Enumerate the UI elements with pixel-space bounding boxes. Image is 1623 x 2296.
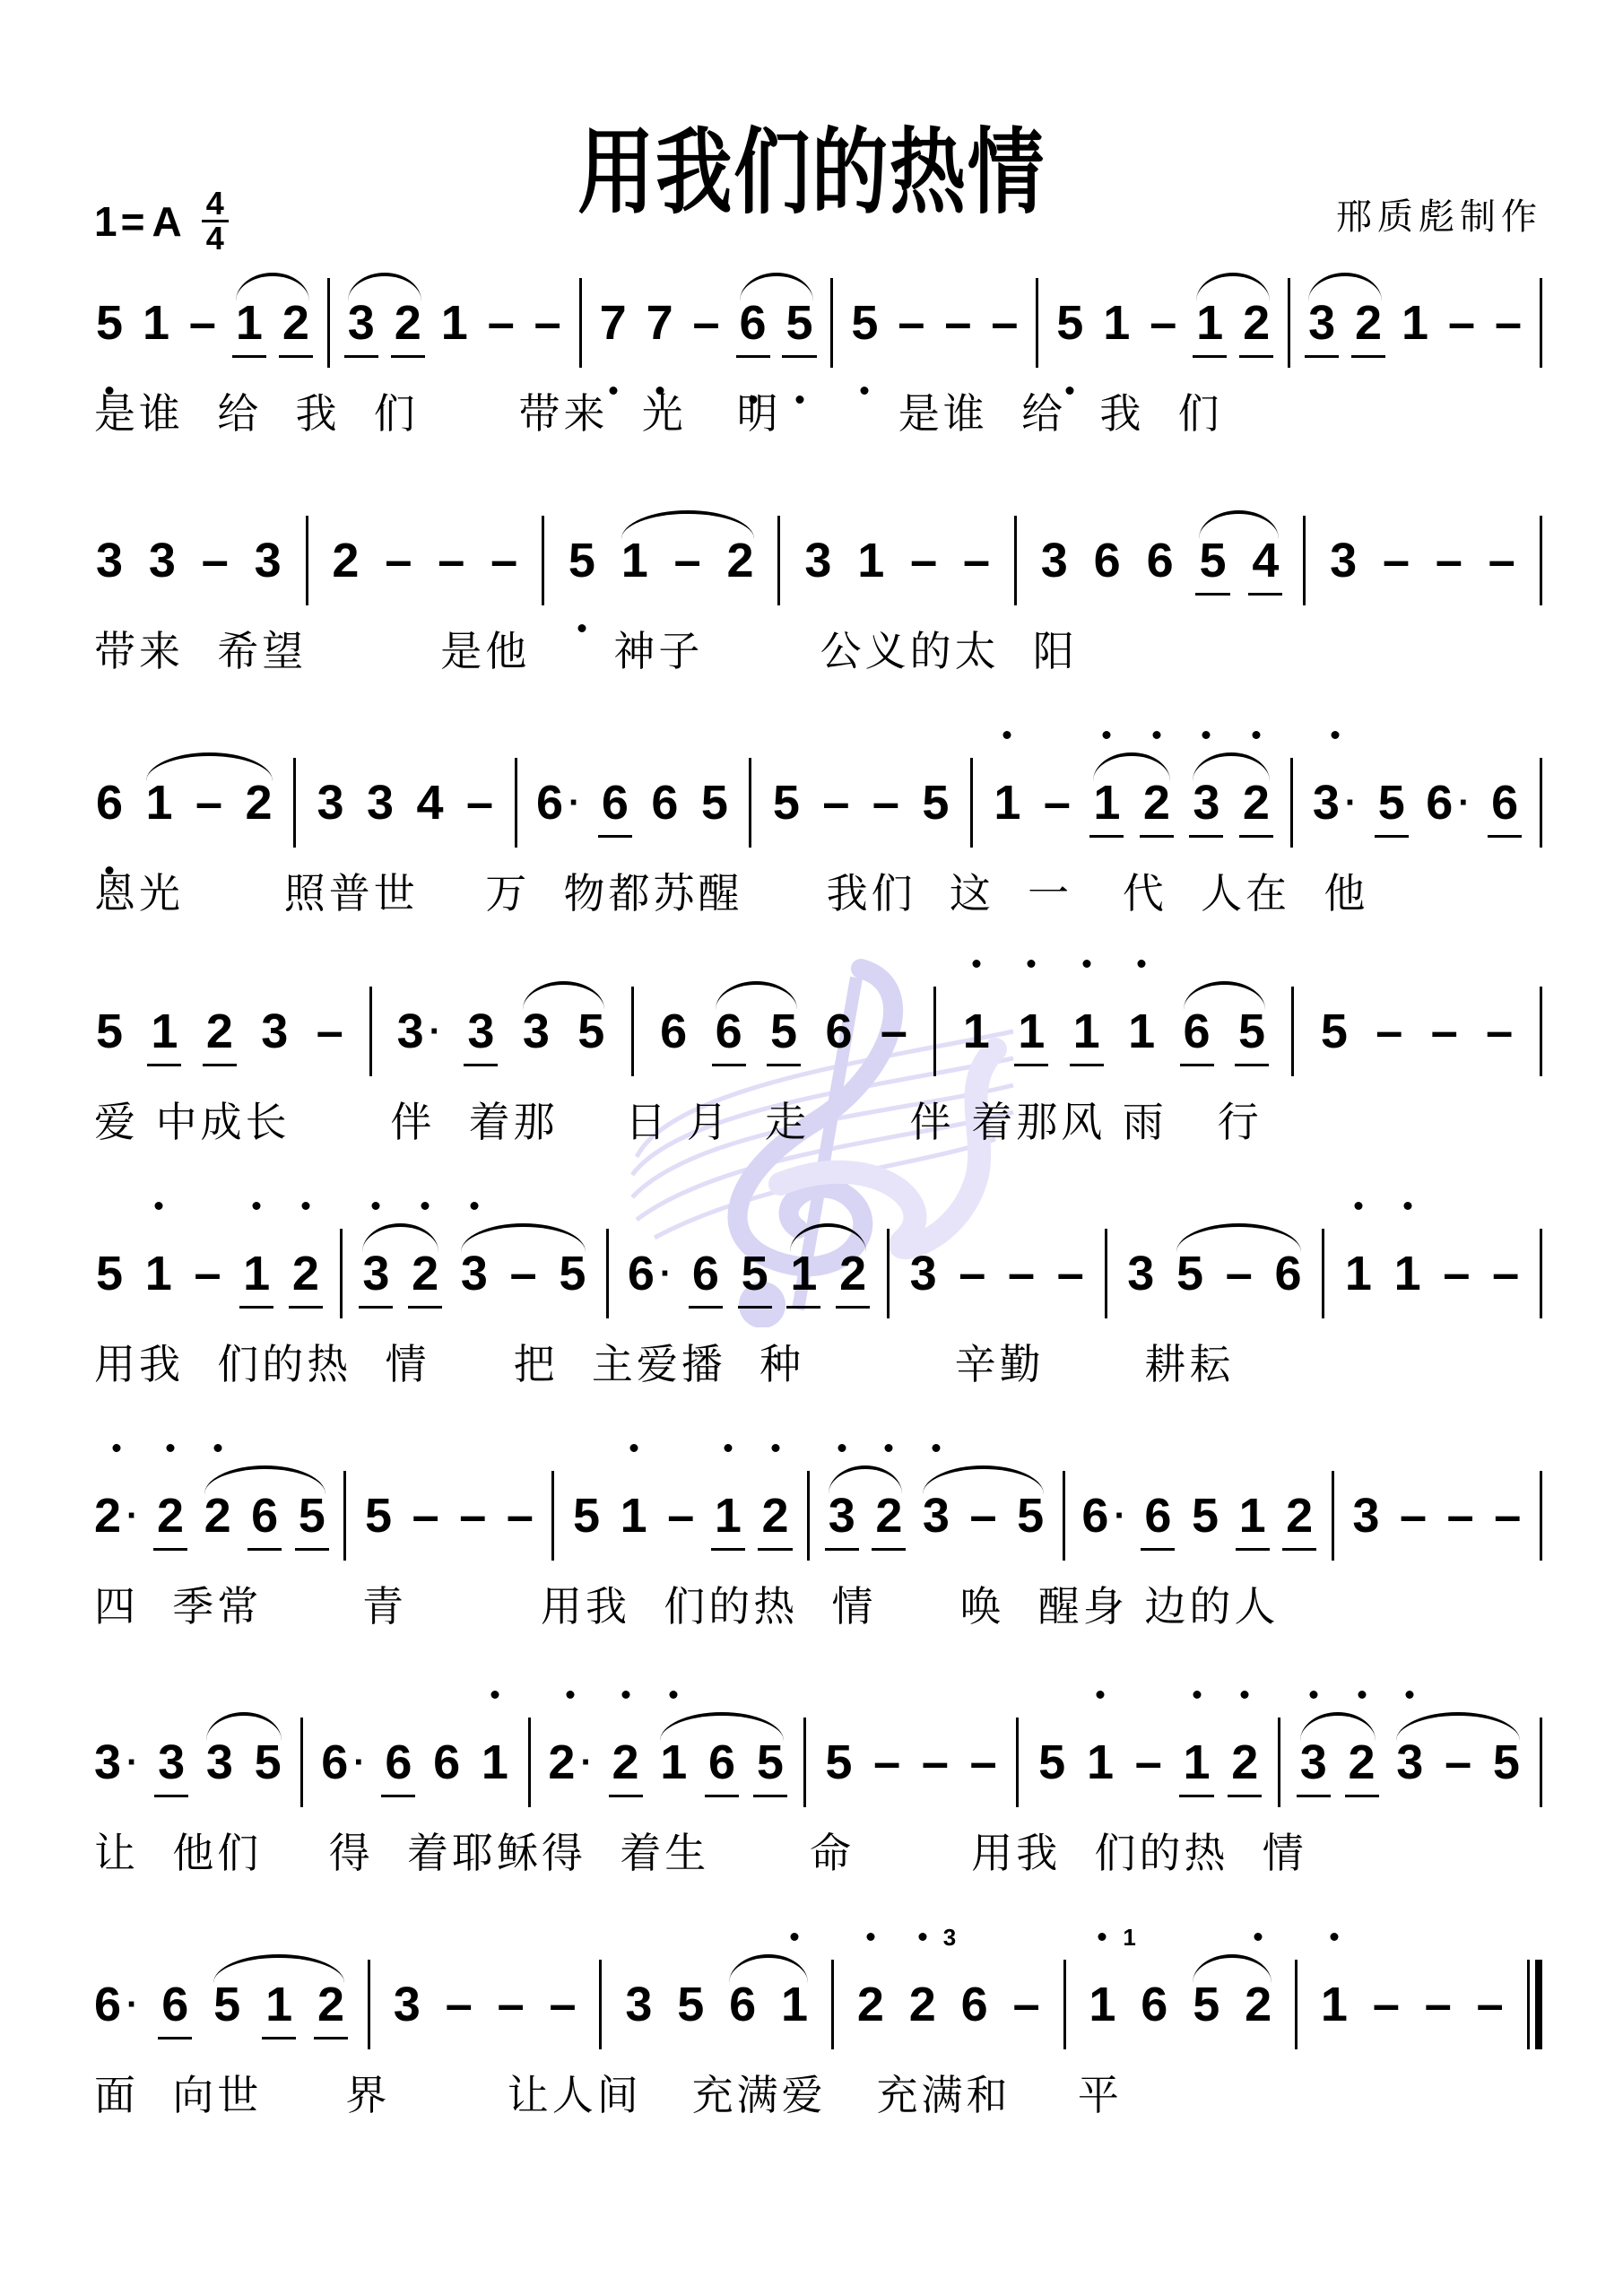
note: 1 — [241, 1220, 272, 1327]
note: 6 — [431, 1709, 462, 1816]
barline — [1540, 987, 1542, 1076]
barline — [542, 516, 544, 605]
note: 3 — [1125, 1220, 1156, 1327]
barline — [807, 1471, 810, 1561]
barline — [327, 278, 330, 368]
barline — [1332, 1471, 1334, 1561]
sustain-dash: – — [942, 295, 973, 351]
high-octave-dot — [1028, 960, 1036, 968]
high-octave-dot — [1406, 1691, 1414, 1699]
author-credit: 邢质彪制作 — [1336, 188, 1542, 239]
barline — [631, 987, 634, 1076]
sustain-dash: – — [1055, 1246, 1086, 1301]
sustain-dash: – — [489, 533, 519, 588]
barline — [293, 758, 296, 848]
note: 5 — [920, 749, 950, 857]
note: 2 — [760, 1462, 791, 1570]
barline — [1295, 1960, 1298, 2049]
barline — [551, 1471, 554, 1561]
high-octave-dot — [1309, 1691, 1317, 1699]
high-octave-dot — [1098, 1933, 1107, 1941]
note: 2 — [855, 1951, 886, 2058]
sustain-dash: – — [533, 295, 563, 351]
high-octave-dot — [213, 1444, 221, 1452]
sustain-dash: – — [200, 533, 230, 588]
note: 3 — [147, 507, 178, 614]
score-line: 51–12323–56·65123–––35–611––用我 们的热 情 把 主… — [94, 1220, 1542, 1399]
barline — [1291, 987, 1294, 1076]
note: 5 — [1055, 269, 1085, 377]
barline — [579, 278, 582, 368]
note: 7 — [645, 269, 675, 377]
note: 1 — [1016, 978, 1046, 1085]
note: 2 — [1229, 1709, 1260, 1816]
grace-note: 3 — [943, 1924, 956, 1952]
key-signature: 1 = A 4 4 — [94, 188, 229, 254]
note: 5 — [94, 269, 125, 377]
augmentation-dot: · — [430, 1012, 441, 1052]
sustain-dash: – — [691, 295, 722, 351]
sustain-dash: – — [1042, 775, 1072, 831]
sustain-dash: – — [1011, 1977, 1042, 2032]
barline — [887, 1229, 890, 1318]
note: 5 — [771, 749, 802, 857]
note: 2 — [204, 978, 235, 1085]
sustain-dash: – — [820, 775, 851, 831]
barline — [528, 1718, 531, 1807]
barline — [749, 758, 751, 848]
note: 6 — [658, 978, 689, 1085]
note: 3 — [1039, 507, 1070, 614]
notes-row: 33–32–––51–231––366543––– — [94, 507, 1542, 614]
barline — [606, 1229, 609, 1318]
barline — [1063, 1471, 1065, 1561]
note: 2 — [1284, 1462, 1315, 1570]
barline — [368, 1960, 370, 2049]
sustain-dash: – — [1446, 295, 1477, 351]
time-signature: 4 4 — [202, 188, 229, 254]
augmentation-dot: · — [568, 783, 580, 823]
barline — [300, 1718, 303, 1807]
high-octave-dot — [1152, 731, 1160, 739]
note: 1 — [1126, 978, 1157, 1085]
barline — [1322, 1229, 1324, 1318]
sustain-dash: – — [444, 1977, 474, 2032]
barline — [1278, 1718, 1280, 1807]
high-octave-dot — [1103, 731, 1111, 739]
barline — [1540, 758, 1542, 848]
high-octave-dot — [421, 1202, 430, 1210]
barline — [830, 278, 833, 368]
high-octave-dot — [670, 1691, 678, 1699]
note: 5 — [1037, 1709, 1067, 1816]
augmentation-dot: · — [126, 1985, 138, 2025]
sustain-dash: – — [1441, 1246, 1471, 1301]
sustain-dash: – — [411, 1488, 441, 1544]
note: 1 — [1182, 1709, 1212, 1816]
sustain-dash: – — [315, 1004, 345, 1059]
sustain-dash: – — [1006, 1246, 1037, 1301]
lyrics-row: 四 季常 青 用我 们的热 情 唤 醒身 边的人 — [94, 1574, 1542, 1628]
note: 2 — [291, 1220, 321, 1327]
high-octave-dot — [490, 1691, 499, 1699]
note: 6· — [1081, 1462, 1125, 1570]
high-octave-dot — [154, 1202, 162, 1210]
sustain-dash: – — [486, 295, 516, 351]
high-octave-dot — [1082, 960, 1090, 968]
note: 1 — [480, 1709, 510, 1816]
notes-row: 5123–3·3356656–1111655––– — [94, 978, 1542, 1085]
note: 1 — [439, 269, 470, 377]
note: 1 — [1343, 1220, 1374, 1327]
augmentation-dot: · — [580, 1743, 592, 1783]
sustain-dash: – — [920, 1735, 950, 1790]
sustain-dash: – — [896, 295, 926, 351]
final-barline — [1527, 1960, 1542, 2049]
high-octave-dot — [1358, 1691, 1366, 1699]
note: 2 — [611, 1709, 641, 1816]
barline — [1540, 516, 1542, 605]
high-octave-dot — [932, 1444, 940, 1452]
note: 6 — [1142, 1462, 1173, 1570]
note: 3 — [259, 978, 290, 1085]
sustain-dash: – — [383, 533, 413, 588]
barline — [1014, 516, 1017, 605]
note: 3· — [397, 978, 441, 1085]
lyrics-row: 面 向世 界 让人间 充满爱 充满和 平 — [94, 2063, 1542, 2117]
note: 1 — [855, 507, 886, 614]
barline — [970, 758, 973, 848]
key-tonic: 1 — [94, 197, 117, 246]
barline — [369, 987, 372, 1076]
note: 6 — [94, 749, 125, 857]
note: 1 — [713, 1462, 743, 1570]
high-octave-dot — [301, 1202, 309, 1210]
score-line: 61–2334–6·6655––51–12323·56·6恩光 照普世 万 物都… — [94, 749, 1542, 928]
sustain-dash: – — [908, 533, 939, 588]
note: 1 — [1237, 1462, 1268, 1570]
barline — [306, 516, 308, 605]
high-octave-dot — [1193, 1691, 1201, 1699]
note: 3 — [1350, 1462, 1381, 1570]
barline — [340, 1229, 343, 1318]
high-octave-dot — [1003, 731, 1011, 739]
note: 6 — [1092, 507, 1123, 614]
high-octave-dot — [1403, 1202, 1411, 1210]
note: 1 — [1087, 1951, 1117, 2058]
key-name: A — [152, 197, 181, 246]
lyrics-row: 爱 中成长 伴 着那 日 月 走 伴 着那风 雨 行 — [94, 1090, 1542, 1144]
sustain-dash: – — [1371, 1977, 1402, 2032]
sustain-dash: – — [961, 533, 992, 588]
note: 1 — [143, 1220, 174, 1327]
augmentation-dot: · — [353, 1743, 365, 1783]
note: 3 — [623, 1951, 654, 2058]
high-octave-dot — [791, 1933, 799, 1941]
sustain-dash: – — [872, 1735, 902, 1790]
sustain-dash: – — [1423, 1977, 1454, 2032]
note: 1 — [141, 269, 171, 377]
note: 61 — [1139, 1951, 1169, 2058]
note: 6· — [536, 749, 580, 857]
sustain-dash: – — [192, 1246, 222, 1301]
score-line: 6·65123–––35612263–161521–––面 向世 界 让人间 充… — [94, 1951, 1542, 2130]
high-octave-dot — [1254, 1933, 1263, 1941]
augmentation-dot: · — [660, 1254, 672, 1294]
note: 1 — [1072, 978, 1102, 1085]
lyrics-row: 带来 希望 是他 神子 公义的太 阳 — [94, 619, 1542, 673]
high-octave-dot — [166, 1444, 174, 1452]
sustain-dash: – — [968, 1488, 999, 1544]
note: 5 — [567, 507, 597, 614]
sustain-dash: – — [1493, 295, 1523, 351]
sustain-dash: – — [1492, 1488, 1523, 1544]
high-octave-dot — [885, 1444, 893, 1452]
augmentation-dot: · — [1458, 783, 1470, 823]
high-octave-dot — [621, 1691, 629, 1699]
note: 7 — [598, 269, 629, 377]
note: 5 — [675, 1951, 706, 2058]
sustain-dash: – — [1445, 1488, 1476, 1544]
note: 3 — [316, 749, 346, 857]
lyrics-row: 用我 们的热 情 把 主爱播 种 辛勤 耕耘 — [94, 1332, 1542, 1386]
sustain-dash: – — [187, 295, 218, 351]
note: 6 — [1489, 749, 1520, 857]
note: 5 — [823, 1709, 854, 1816]
note: 2 — [907, 1951, 938, 2058]
high-octave-dot — [1252, 731, 1260, 739]
sustain-dash: – — [194, 775, 224, 831]
note: 5 — [571, 1462, 602, 1570]
high-octave-dot — [838, 1444, 846, 1452]
note: 4 — [415, 749, 446, 857]
note: 1 — [961, 978, 992, 1085]
note: 5 — [740, 1220, 770, 1327]
barline — [599, 1960, 602, 2049]
barline — [515, 758, 517, 848]
sustain-dash: – — [968, 1735, 999, 1790]
note: 1 — [149, 978, 179, 1085]
note: 5 — [94, 1220, 125, 1327]
grace-note: 1 — [1123, 1924, 1135, 1952]
barline — [803, 1718, 806, 1807]
high-octave-dot — [972, 960, 980, 968]
note: 3 — [465, 978, 496, 1085]
note: 6 — [383, 1709, 413, 1816]
sustain-dash: – — [436, 533, 466, 588]
sustain-dash: – — [1484, 1004, 1515, 1059]
barline — [831, 1960, 834, 2049]
sustain-dash: – — [505, 1488, 535, 1544]
note: 6 — [649, 749, 680, 857]
barline — [343, 1471, 346, 1561]
note: 2 — [155, 1462, 186, 1570]
high-octave-dot — [1096, 1691, 1104, 1699]
sustain-dash: – — [1398, 1488, 1428, 1544]
score-line: 2·22655–––51–12323–56·65123–––四 季常 青 用我 … — [94, 1462, 1542, 1641]
high-octave-dot — [1330, 1933, 1338, 1941]
barline — [1540, 1471, 1542, 1561]
high-octave-dot — [470, 1202, 478, 1210]
sustain-dash: – — [1429, 1004, 1460, 1059]
note: 1 — [1085, 1709, 1115, 1816]
augmentation-dot: · — [1345, 783, 1357, 823]
note: 6 — [690, 1220, 721, 1327]
high-octave-dot — [1354, 1202, 1362, 1210]
augmentation-dot: · — [126, 1743, 138, 1783]
note: 3 — [908, 1220, 939, 1327]
high-octave-dot — [112, 1444, 120, 1452]
note: 6 — [160, 1951, 190, 2058]
sustain-dash: – — [957, 1246, 987, 1301]
note: 1 — [1393, 1220, 1423, 1327]
note: 5 — [1190, 1462, 1220, 1570]
note: 1 — [1400, 269, 1430, 377]
note: 6 — [600, 749, 630, 857]
note: 5 — [849, 269, 880, 377]
note: 1 — [1319, 1951, 1350, 2058]
high-octave-dot — [724, 1444, 732, 1452]
barline — [1540, 1718, 1542, 1807]
note: 1 — [619, 1462, 649, 1570]
barline — [1105, 1229, 1107, 1318]
note: 6· — [1426, 749, 1470, 857]
note: 3 — [94, 507, 125, 614]
high-octave-dot — [1202, 731, 1211, 739]
barline — [1303, 516, 1306, 605]
barline — [777, 516, 780, 605]
sustain-dash: – — [989, 295, 1020, 351]
note: 6· — [628, 1220, 672, 1327]
note: 5 — [699, 749, 730, 857]
barline — [1290, 758, 1293, 848]
high-octave-dot — [372, 1202, 380, 1210]
lyrics-row: 恩光 照普世 万 物都苏醒 我们 这 一 代 人在 他 — [94, 861, 1542, 915]
note: 5 — [1376, 749, 1407, 857]
key-equals: = — [121, 197, 145, 246]
sustain-dash: – — [1148, 295, 1178, 351]
high-octave-dot — [629, 1444, 638, 1452]
barline — [1288, 278, 1290, 368]
note: 5 — [94, 978, 125, 1085]
sustain-dash: – — [1434, 533, 1464, 588]
note: 6 — [1145, 507, 1176, 614]
note: 1 — [1101, 269, 1132, 377]
sustain-dash: – — [1443, 1735, 1473, 1790]
barline — [933, 987, 936, 1076]
sustain-dash: – — [1224, 1246, 1254, 1301]
note: 2· — [94, 1462, 138, 1570]
score-line: 5123–3·3356656–1111655–––爱 中成长 伴 着那 日 月 … — [94, 978, 1542, 1157]
note: 6· — [321, 1709, 365, 1816]
sustain-dash: – — [1374, 1004, 1404, 1059]
high-octave-dot — [771, 1444, 779, 1452]
score-line: 3·3356·6612·21655–––51–12323–5让 他们 得 着耶稣… — [94, 1709, 1542, 1888]
note: 3· — [94, 1709, 138, 1816]
high-octave-dot — [918, 1933, 926, 1941]
sustain-dash: – — [1487, 533, 1517, 588]
barline — [1036, 278, 1038, 368]
note: 3· — [1313, 749, 1357, 857]
note: 2 — [330, 507, 360, 614]
sustain-dash: – — [673, 533, 703, 588]
note: 5 — [363, 1462, 394, 1570]
lyrics-row: 让 他们 得 着耶稣得 着生 命 用我 们的热 情 — [94, 1821, 1542, 1874]
note: 3 — [156, 1709, 187, 1816]
barline — [1063, 1960, 1066, 2049]
note: 3 — [803, 507, 833, 614]
augmentation-dot: · — [1114, 1496, 1125, 1536]
note: 6 — [824, 978, 855, 1085]
note: 3 — [253, 507, 283, 614]
sustain-dash: – — [1475, 1977, 1506, 2032]
sustain-dash: – — [1490, 1246, 1521, 1301]
sustain-dash: – — [496, 1977, 526, 2032]
sustain-dash: – — [548, 1977, 578, 2032]
note: 6· — [94, 1951, 138, 2058]
note: 5 — [1319, 978, 1350, 1085]
high-octave-dot — [866, 1933, 874, 1941]
sustain-dash: – — [457, 1488, 488, 1544]
time-signature-bottom: 4 — [206, 223, 224, 254]
sustain-dash: – — [464, 775, 495, 831]
barline — [1540, 278, 1542, 368]
note: 3 — [392, 1951, 422, 2058]
sustain-dash: – — [508, 1246, 539, 1301]
high-octave-dot — [1138, 960, 1146, 968]
sustain-dash: – — [871, 775, 901, 831]
high-octave-dot — [1241, 1691, 1249, 1699]
score-line: 33–32–––51–231––366543–––带来 希望 是他 神子 公义的… — [94, 507, 1542, 686]
lyrics-row: 是谁 给 我 们 带来 光 明 是谁 给 我 们 — [94, 381, 1542, 435]
sustain-dash: – — [665, 1488, 696, 1544]
notes-row: 61–2334–6·6655––51–12323·56·6 — [94, 749, 1542, 857]
sustain-dash: – — [1381, 533, 1411, 588]
song-title: 用我们的热情 — [146, 97, 1477, 231]
score-line: 51–12321––77–655–––51–12321––是谁 给 我 们 带来… — [94, 269, 1542, 448]
note: 1 — [992, 749, 1022, 857]
sustain-dash: – — [879, 1004, 909, 1059]
barline — [1540, 1229, 1542, 1318]
note: 63 — [959, 1951, 990, 2058]
barline — [1016, 1718, 1019, 1807]
high-octave-dot — [253, 1202, 261, 1210]
note: 3 — [365, 749, 395, 857]
sustain-dash: – — [1133, 1735, 1164, 1790]
high-octave-dot — [1331, 731, 1339, 739]
time-signature-top: 4 — [206, 188, 224, 219]
augmentation-dot: · — [126, 1496, 138, 1536]
note: 2· — [548, 1709, 592, 1816]
high-octave-dot — [567, 1691, 575, 1699]
note: 3 — [1328, 507, 1358, 614]
